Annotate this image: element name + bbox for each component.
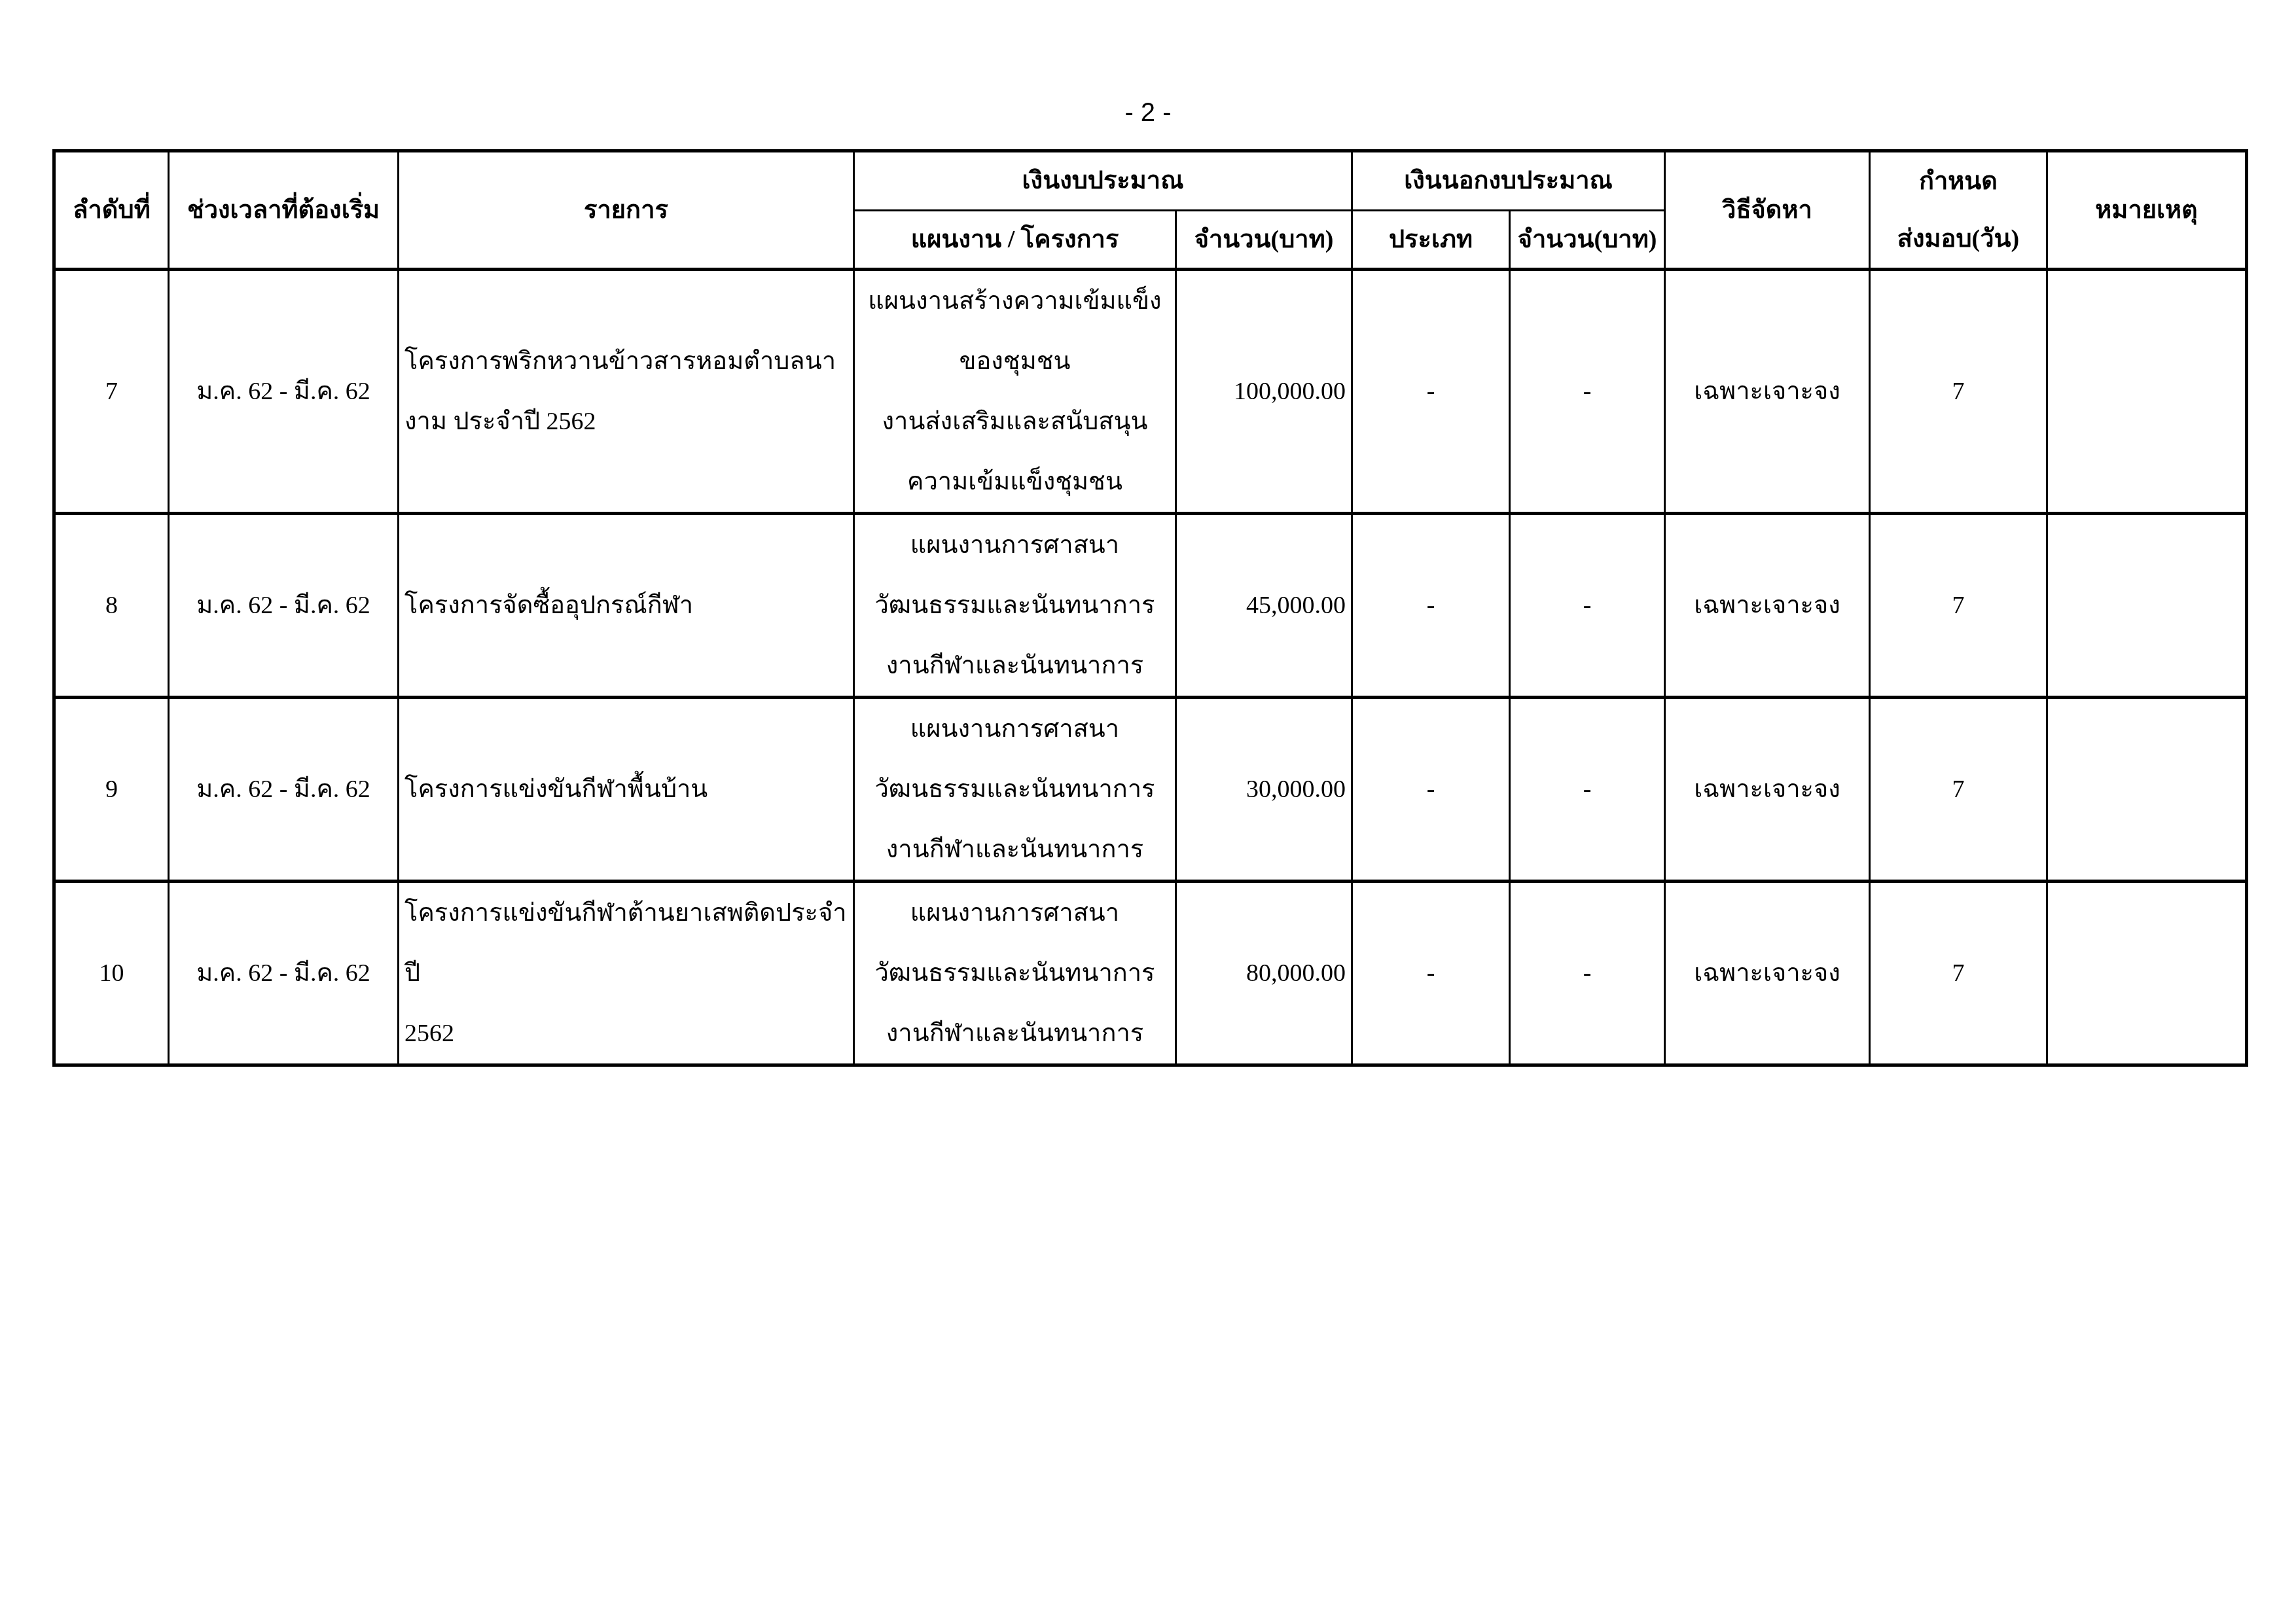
row-plan-line: แผนงานการศาสนา bbox=[860, 883, 1170, 943]
row-plan: แผนงานสร้างความเข้มแข็งของชุมชนงานส่งเสร… bbox=[854, 270, 1176, 514]
row-item-line: งาม ประจำปี 2562 bbox=[404, 391, 848, 452]
row-offbudget-amount: - bbox=[1510, 882, 1665, 1065]
row-offbudget-type: - bbox=[1352, 514, 1510, 698]
header-budget-amount: จำนวน(บาท) bbox=[1176, 210, 1352, 270]
row-offbudget-type: - bbox=[1352, 882, 1510, 1065]
row-plan-line: วัฒนธรรมและนันทนาการ bbox=[860, 759, 1170, 819]
row-item-line: โครงการจัดซื้ออุปกรณ์กีฬา bbox=[404, 575, 848, 635]
page-number: - 2 - bbox=[0, 98, 2296, 128]
table-row: 10ม.ค. 62 - มี.ค. 62โครงการแข่งขันกีฬาต้… bbox=[54, 882, 2247, 1065]
row-plan-line: ความเข้มแข็งชุมชน bbox=[860, 452, 1170, 512]
row-plan-line: งานกีฬาและนันทนาการ bbox=[860, 1003, 1170, 1063]
row-method: เฉพาะเจาะจง bbox=[1665, 882, 1870, 1065]
header-period: ช่วงเวลาที่ต้องเริ่ม bbox=[169, 151, 399, 270]
row-method: เฉพาะเจาะจง bbox=[1665, 698, 1870, 882]
row-item: โครงการแข่งขันกีฬาพื้นบ้าน bbox=[399, 698, 854, 882]
row-plan-line: แผนงานการศาสนา bbox=[860, 699, 1170, 759]
table-row: 7ม.ค. 62 - มี.ค. 62โครงการพริกหวานข้าวสา… bbox=[54, 270, 2247, 514]
row-period: ม.ค. 62 - มี.ค. 62 bbox=[169, 698, 399, 882]
row-plan-line: งานส่งเสริมและสนับสนุน bbox=[860, 391, 1170, 452]
header-offbudget-type: ประเภท bbox=[1352, 210, 1510, 270]
row-offbudget-amount: - bbox=[1510, 514, 1665, 698]
row-seq: 8 bbox=[54, 514, 169, 698]
row-plan-line: วัฒนธรรมและนันทนาการ bbox=[860, 575, 1170, 635]
row-remark bbox=[2047, 698, 2247, 882]
row-item-line: โครงการแข่งขันกีฬาต้านยาเสพติดประจำปี bbox=[404, 883, 848, 1003]
row-item-line: 2562 bbox=[404, 1003, 848, 1063]
table-header: ลำดับที่ ช่วงเวลาที่ต้องเริ่ม รายการ เงิ… bbox=[54, 151, 2247, 270]
row-seq: 9 bbox=[54, 698, 169, 882]
row-method: เฉพาะเจาะจง bbox=[1665, 270, 1870, 514]
row-remark bbox=[2047, 882, 2247, 1065]
row-plan-line: ของชุมชน bbox=[860, 331, 1170, 391]
row-plan-line: แผนงานการศาสนา bbox=[860, 515, 1170, 575]
header-budget-plan: แผนงาน / โครงการ bbox=[854, 210, 1176, 270]
row-amount: 80,000.00 bbox=[1176, 882, 1352, 1065]
row-amount: 100,000.00 bbox=[1176, 270, 1352, 514]
row-period: ม.ค. 62 - มี.ค. 62 bbox=[169, 270, 399, 514]
row-plan: แผนงานการศาสนาวัฒนธรรมและนันทนาการงานกีฬ… bbox=[854, 698, 1176, 882]
row-seq: 7 bbox=[54, 270, 169, 514]
row-plan: แผนงานการศาสนาวัฒนธรรมและนันทนาการงานกีฬ… bbox=[854, 514, 1176, 698]
row-delivery-days: 7 bbox=[1870, 882, 2047, 1065]
row-method: เฉพาะเจาะจง bbox=[1665, 514, 1870, 698]
row-plan-line: งานกีฬาและนันทนาการ bbox=[860, 819, 1170, 880]
procurement-table: ลำดับที่ ช่วงเวลาที่ต้องเริ่ม รายการ เงิ… bbox=[52, 149, 2248, 1067]
row-plan-line: แผนงานสร้างความเข้มแข็ง bbox=[860, 271, 1170, 331]
row-offbudget-amount: - bbox=[1510, 698, 1665, 882]
header-method: วิธีจัดหา bbox=[1665, 151, 1870, 270]
header-delivery-line1: กำหนด bbox=[1876, 152, 2041, 210]
header-budget-group: เงินงบประมาณ bbox=[854, 151, 1352, 211]
row-delivery-days: 7 bbox=[1870, 698, 2047, 882]
row-offbudget-type: - bbox=[1352, 698, 1510, 882]
row-delivery-days: 7 bbox=[1870, 514, 2047, 698]
row-item-line: โครงการแข่งขันกีฬาพื้นบ้าน bbox=[404, 759, 848, 819]
row-amount: 30,000.00 bbox=[1176, 698, 1352, 882]
table-row: 9ม.ค. 62 - มี.ค. 62โครงการแข่งขันกีฬาพื้… bbox=[54, 698, 2247, 882]
row-plan: แผนงานการศาสนาวัฒนธรรมและนันทนาการงานกีฬ… bbox=[854, 882, 1176, 1065]
row-period: ม.ค. 62 - มี.ค. 62 bbox=[169, 514, 399, 698]
table-row: 8ม.ค. 62 - มี.ค. 62โครงการจัดซื้ออุปกรณ์… bbox=[54, 514, 2247, 698]
row-item: โครงการแข่งขันกีฬาต้านยาเสพติดประจำปี 25… bbox=[399, 882, 854, 1065]
row-item: โครงการจัดซื้ออุปกรณ์กีฬา bbox=[399, 514, 854, 698]
header-offbudget-group: เงินนอกงบประมาณ bbox=[1352, 151, 1665, 211]
row-remark bbox=[2047, 514, 2247, 698]
row-delivery-days: 7 bbox=[1870, 270, 2047, 514]
row-item: โครงการพริกหวานข้าวสารหอมตำบลนางาม ประจำ… bbox=[399, 270, 854, 514]
header-seq: ลำดับที่ bbox=[54, 151, 169, 270]
header-remark: หมายเหตุ bbox=[2047, 151, 2247, 270]
header-delivery-line2: ส่งมอบ(วัน) bbox=[1876, 210, 2041, 268]
row-period: ม.ค. 62 - มี.ค. 62 bbox=[169, 882, 399, 1065]
row-plan-line: วัฒนธรรมและนันทนาการ bbox=[860, 943, 1170, 1003]
row-amount: 45,000.00 bbox=[1176, 514, 1352, 698]
header-delivery: กำหนด ส่งมอบ(วัน) bbox=[1870, 151, 2047, 270]
row-remark bbox=[2047, 270, 2247, 514]
row-offbudget-type: - bbox=[1352, 270, 1510, 514]
table-body: 7ม.ค. 62 - มี.ค. 62โครงการพริกหวานข้าวสา… bbox=[54, 270, 2247, 1065]
header-item: รายการ bbox=[399, 151, 854, 270]
header-offbudget-amount: จำนวน(บาท) bbox=[1510, 210, 1665, 270]
row-offbudget-amount: - bbox=[1510, 270, 1665, 514]
row-plan-line: งานกีฬาและนันทนาการ bbox=[860, 635, 1170, 696]
row-seq: 10 bbox=[54, 882, 169, 1065]
row-item-line: โครงการพริกหวานข้าวสารหอมตำบลนา bbox=[404, 331, 848, 391]
